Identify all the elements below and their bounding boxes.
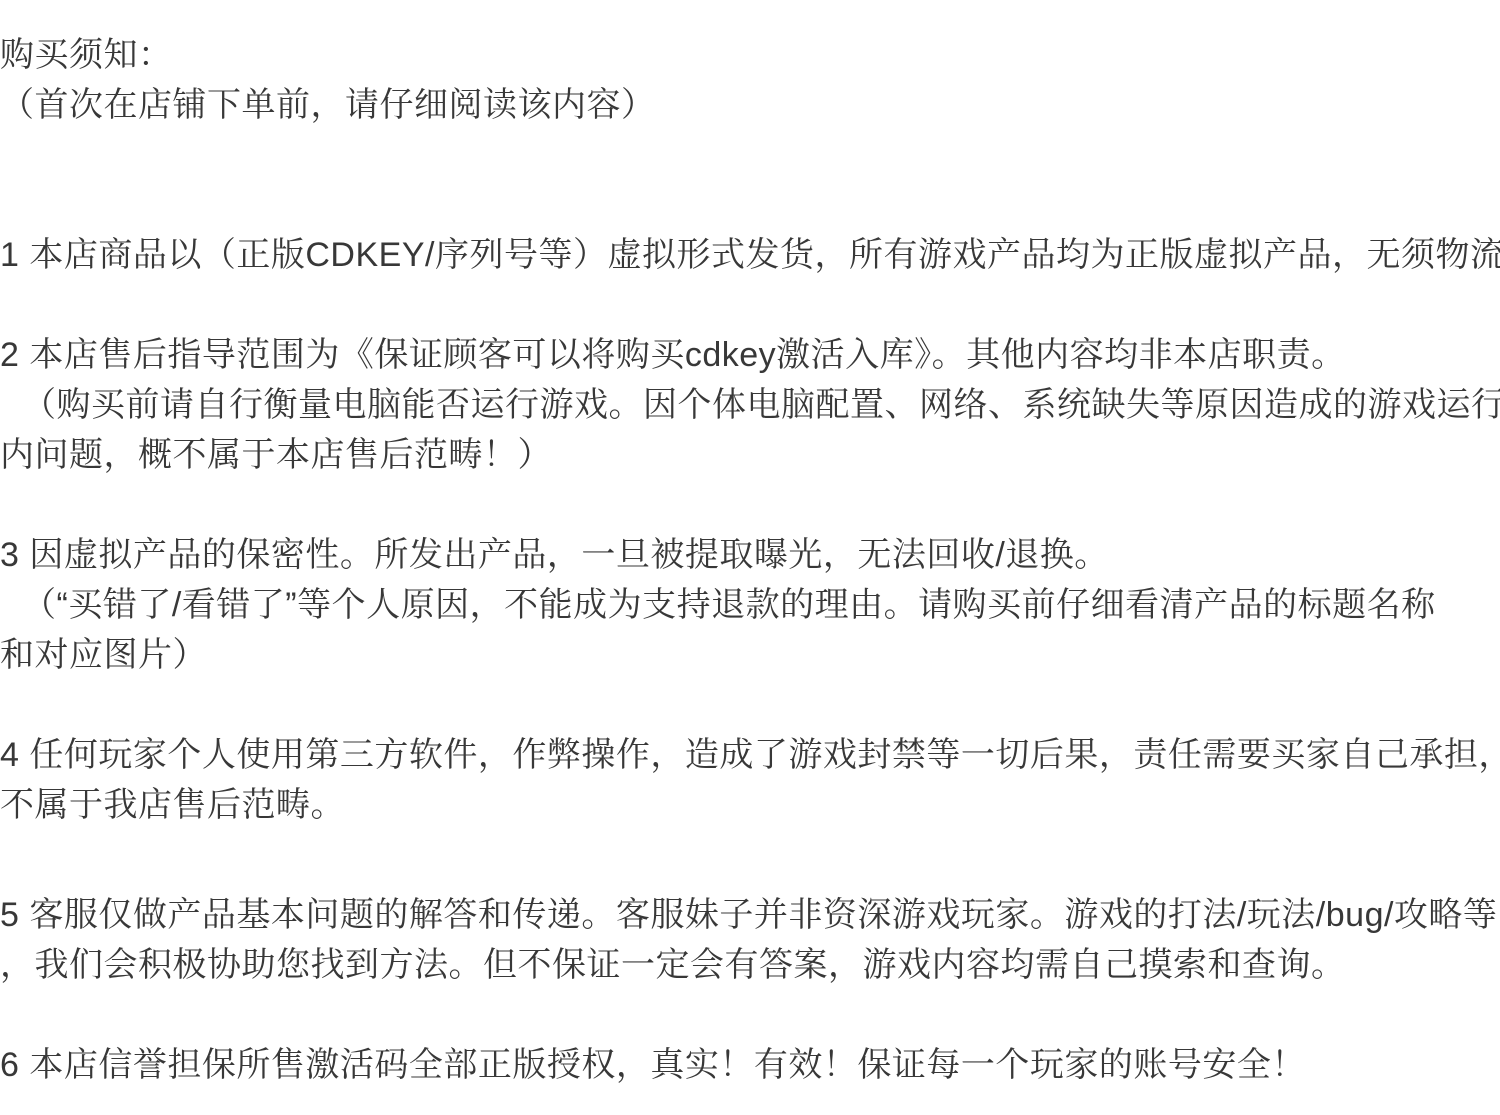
notice-section-2: 2 本店售后指导范围为《保证顾客可以将购买cdkey激活入库》。其他内容均非本店… — [0, 330, 1500, 480]
notice-title: 购买须知： — [0, 30, 1500, 80]
notice-section-1: 1 本店商品以（正版CDKEY/序列号等）虚拟形式发货，所有游戏产品均为正版虚拟… — [0, 230, 1500, 280]
section-5-line-2: ，我们会积极协助您找到方法。但不保证一定会有答案，游戏内容均需自己摸索和查询。 — [0, 940, 1500, 990]
section-4-line-1: 4 任何玩家个人使用第三方软件，作弊操作，造成了游戏封禁等一切后果，责任需要买家… — [0, 730, 1500, 780]
section-5-line-1: 5 客服仅做产品基本问题的解答和传递。客服妹子并非资深游戏玩家。游戏的打法/玩法… — [0, 890, 1500, 940]
section-2-line-1: 2 本店售后指导范围为《保证顾客可以将购买cdkey激活入库》。其他内容均非本店… — [0, 330, 1500, 380]
purchase-notice: 购买须知： （首次在店铺下单前，请仔细阅读该内容） 1 本店商品以（正版CDKE… — [0, 0, 1500, 1090]
notice-subtitle: （首次在店铺下单前，请仔细阅读该内容） — [0, 80, 1500, 130]
section-3-line-2: （“买错了/看错了”等个人原因，不能成为支持退款的理由。请购买前仔细看清产品的标… — [0, 580, 1500, 630]
section-3-line-1: 3 因虚拟产品的保密性。所发出产品，一旦被提取曝光，无法回收/退换。 — [0, 530, 1500, 580]
section-3-line-3: 和对应图片） — [0, 630, 1500, 680]
notice-header: 购买须知： （首次在店铺下单前，请仔细阅读该内容） — [0, 30, 1500, 130]
section-1-line-1: 1 本店商品以（正版CDKEY/序列号等）虚拟形式发货，所有游戏产品均为正版虚拟… — [0, 230, 1500, 280]
notice-section-4: 4 任何玩家个人使用第三方软件，作弊操作，造成了游戏封禁等一切后果，责任需要买家… — [0, 730, 1500, 830]
section-4-line-2: 不属于我店售后范畴。 — [0, 780, 1500, 830]
section-2-line-2: （购买前请自行衡量电脑能否运行游戏。因个体电脑配置、网络、系统缺失等原因造成的游… — [0, 380, 1500, 430]
notice-section-3: 3 因虚拟产品的保密性。所发出产品，一旦被提取曝光，无法回收/退换。 （“买错了… — [0, 530, 1500, 680]
notice-section-6: 6 本店信誉担保所售激活码全部正版授权，真实！有效！保证每一个玩家的账号安全！ — [0, 1040, 1500, 1090]
section-6-line-1: 6 本店信誉担保所售激活码全部正版授权，真实！有效！保证每一个玩家的账号安全！ — [0, 1040, 1500, 1090]
section-2-line-3: 内问题，概不属于本店售后范畴！） — [0, 430, 1500, 480]
notice-section-5: 5 客服仅做产品基本问题的解答和传递。客服妹子并非资深游戏玩家。游戏的打法/玩法… — [0, 890, 1500, 990]
